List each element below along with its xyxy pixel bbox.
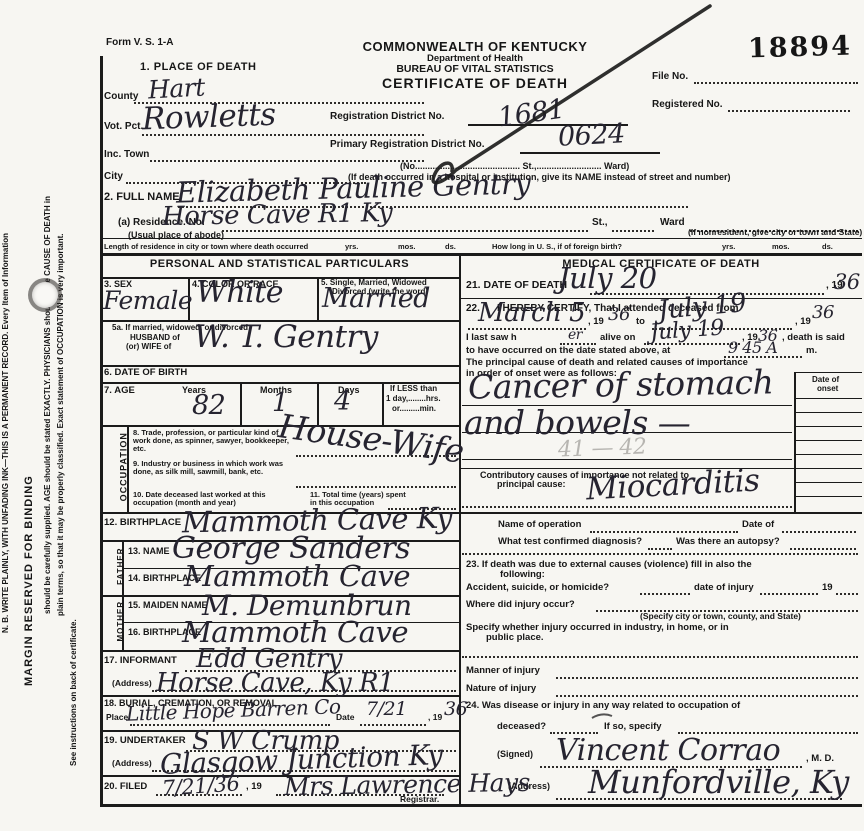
hw-mother-birthplace: Mammoth Cave <box>182 618 408 647</box>
death-certificate-document: N. B. WRITE PLAINLY, WITH UNFADING INK—T… <box>0 0 864 831</box>
hw-her-suffix: er <box>568 328 582 342</box>
father-name-label: 13. NAME <box>128 547 170 556</box>
diagonal-pen-stroke <box>433 6 710 183</box>
hw-filed-date: 7/21/36 <box>161 773 240 799</box>
deceased-label: deceased? <box>497 722 546 732</box>
hw-registrar-signature: Mrs Lawrence Hays <box>284 770 530 799</box>
to-year-prefix: , 19 <box>795 317 811 327</box>
form-number: Form V. S. 1-A <box>106 38 173 49</box>
hw-race: White <box>196 278 283 308</box>
hw-burial-year: 36 <box>444 700 467 719</box>
how-long-us-label: How long in U. S., if of foreign birth? <box>492 243 622 251</box>
autopsy-label: Was there an autopsy? <box>676 537 780 547</box>
city-label: City <box>104 172 123 183</box>
hw-county: Hart <box>147 75 205 103</box>
hw-burial-date: 7/21 <box>366 700 407 719</box>
specify-city-note: (Specify city or town, county, and State… <box>640 612 801 621</box>
registration-district-label: Registration District No. <box>330 112 444 123</box>
injury-date-label: date of injury <box>694 583 754 593</box>
hw-registration-district: 1681 <box>496 95 566 131</box>
last-saw-text: I last saw h <box>466 333 517 343</box>
occupation-vertical-label: OCCUPATION <box>119 427 128 507</box>
undertaker-label: 19. UNDERTAKER <box>104 736 186 746</box>
q23-label-2: following: <box>500 570 545 580</box>
signed-label: (Signed) <box>497 750 533 759</box>
hw-father-birthplace: Mammoth Cave <box>184 562 410 591</box>
specify-where-label-2: public place. <box>486 633 544 643</box>
if-less-label-3: or.........min. <box>392 405 436 413</box>
hw-age-years: 82 <box>192 392 225 419</box>
primary-registration-label: Primary Registration District No. <box>330 140 484 151</box>
alive-on-text: alive on <box>600 333 635 343</box>
rule-top-columns <box>100 253 862 256</box>
form-left-border <box>100 56 103 806</box>
informant-label: 17. INFORMANT <box>104 656 177 666</box>
hw-from-year: 36 <box>608 306 630 324</box>
margin-note-line1: N. B. WRITE PLAINLY, WITH UNFADING INK—T… <box>2 40 10 825</box>
hw-hour-of-death: 9 45 A <box>728 340 777 356</box>
accident-label: Accident, suicide, or homicide? <box>466 583 609 593</box>
ward-label: Ward <box>660 218 685 229</box>
abode-note: (Usual place of abode) <box>128 231 224 240</box>
registered-no-label: Registered No. <box>652 100 723 111</box>
county-label: County <box>104 92 138 103</box>
informant-address-label: (Address) <box>112 679 152 688</box>
hw-sex: Female <box>103 288 192 313</box>
hw-age-days: 4 <box>334 388 351 415</box>
certificate-title: CERTIFICATE OF DEATH <box>330 76 620 91</box>
filed-label: 20. FILED <box>104 782 147 792</box>
yrs-label: yrs. <box>345 243 358 251</box>
hw-physician-address: Munfordville, Ky <box>588 766 849 798</box>
filed-year-prefix: , 19 <box>246 782 262 792</box>
hw-occupation: House-Wife <box>277 409 466 468</box>
nonresident-note: (If nonresident, give city or town and S… <box>688 228 862 237</box>
date-of-death-label: 21. DATE OF DEATH <box>466 280 567 291</box>
if-less-label-2: 1 day,........hrs. <box>386 395 441 403</box>
hw-contributory-cause: Miocarditis <box>585 465 760 505</box>
rule-bottom <box>100 804 862 807</box>
manner-of-injury-label: Manner of injury <box>466 666 540 676</box>
hw-primary-district: 0624 <box>557 120 625 150</box>
commonwealth-title: COMMONWEALTH OF KENTUCKY <box>330 40 620 54</box>
nature-of-injury-label: Nature of injury <box>466 684 536 694</box>
hw-informant-address: Horse Cave, Ky R1 <box>156 670 394 696</box>
deceased-blank-mark <box>592 714 612 718</box>
mos-label-2: mos. <box>772 243 790 251</box>
q24-label: 24. Was disease or injury in any way rel… <box>466 701 740 711</box>
age-label: 7. AGE <box>104 386 135 396</box>
hw-attended-from: March 5 <box>478 300 585 326</box>
undertaker-address-label: (Address) <box>112 759 152 768</box>
margin-note-line3: plain terms, so that it may be properly … <box>57 60 65 790</box>
m-suffix: m. <box>806 346 817 356</box>
hw-burial-place: Little Hope Barren Co <box>126 696 341 723</box>
ds-label-2: ds. <box>822 243 833 251</box>
operation-date-label: Date of <box>742 520 774 530</box>
mother-maiden-name-label: 15. MAIDEN NAME <box>128 601 208 610</box>
bureau-subtitle: BUREAU OF VITAL STATISTICS <box>330 64 620 75</box>
personal-particulars-header: PERSONAL AND STATISTICAL PARTICULARS <box>100 259 459 271</box>
ds-label: ds. <box>445 243 456 251</box>
hw-physician-signature: Vincent Corrao <box>556 736 780 766</box>
q5a-label-3: (or) WIFE of <box>126 343 171 351</box>
hw-last-saw-date: July 19 <box>649 317 724 344</box>
date-of-birth-label: 6. DATE OF BIRTH <box>104 368 187 378</box>
birthplace-label: 12. BIRTHPLACE <box>104 518 181 528</box>
from-year-prefix: , 19 <box>588 317 604 327</box>
margin-binding-label: MARGIN RESERVED FOR BINDING <box>24 335 36 827</box>
hw-residence: Horse Cave R1 Ky <box>162 200 393 230</box>
hw-voting-precinct: Rowletts <box>141 100 276 136</box>
punch-hole <box>32 282 58 308</box>
hw-dod-year: 36 <box>834 272 860 293</box>
where-injury-label: Where did injury occur? <box>466 600 575 610</box>
hw-cause-line-1: Cancer of stomach <box>468 365 774 403</box>
hw-to-year: 36 <box>812 304 834 322</box>
if-less-label-1: If LESS than <box>390 385 437 393</box>
margin-note-line2: should be carefully supplied. AGE should… <box>44 45 52 765</box>
hw-cause-line-2: and bowels — <box>464 406 690 439</box>
date-of-onset-label-2: onset <box>817 385 838 393</box>
certificate-stamp-number: 18894 <box>748 33 853 64</box>
to-text: to <box>636 317 645 327</box>
file-no-label: File No. <box>652 72 688 83</box>
burial-place-label: Place <box>106 713 128 722</box>
death-is-said-text: , death is said <box>782 333 845 343</box>
hw-spouse-name: W. T. Gentry <box>194 322 378 353</box>
burial-year-prefix: , 19 <box>428 713 442 722</box>
margin-note-line4: See instructions on back of certificate. <box>70 560 78 825</box>
contributory-label-2: principal cause: <box>497 480 566 489</box>
injury-19-label: 19 <box>822 583 833 593</box>
q8-label: 8. Trade, profession, or particular kind… <box>133 429 293 453</box>
operation-label: Name of operation <box>498 520 581 530</box>
q9-label: 9. Industry or business in which work wa… <box>133 460 293 476</box>
medical-certificate-header: MEDICAL CERTIFICATE OF DEATH <box>460 259 862 271</box>
test-confirmed-label: What test confirmed diagnosis? <box>498 537 642 547</box>
occurred-at-text: to have occurred on the date stated abov… <box>466 346 670 356</box>
voting-precinct-label: Vot. Pct. <box>104 122 143 133</box>
hw-cause-code: 41 — 42 <box>558 436 647 461</box>
hw-date-of-death: July 20 <box>558 264 657 293</box>
column-divider <box>459 253 461 804</box>
length-of-residence-label: Length of residence in city or town wher… <box>104 243 308 251</box>
hw-marital-status: Married <box>322 285 430 312</box>
mos-label: mos. <box>398 243 416 251</box>
inc-town-label: Inc. Town <box>104 150 149 161</box>
yrs-label-2: yrs. <box>722 243 735 251</box>
if-so-specify-label: If so, specify <box>604 722 662 732</box>
street-label: St., <box>592 218 608 229</box>
